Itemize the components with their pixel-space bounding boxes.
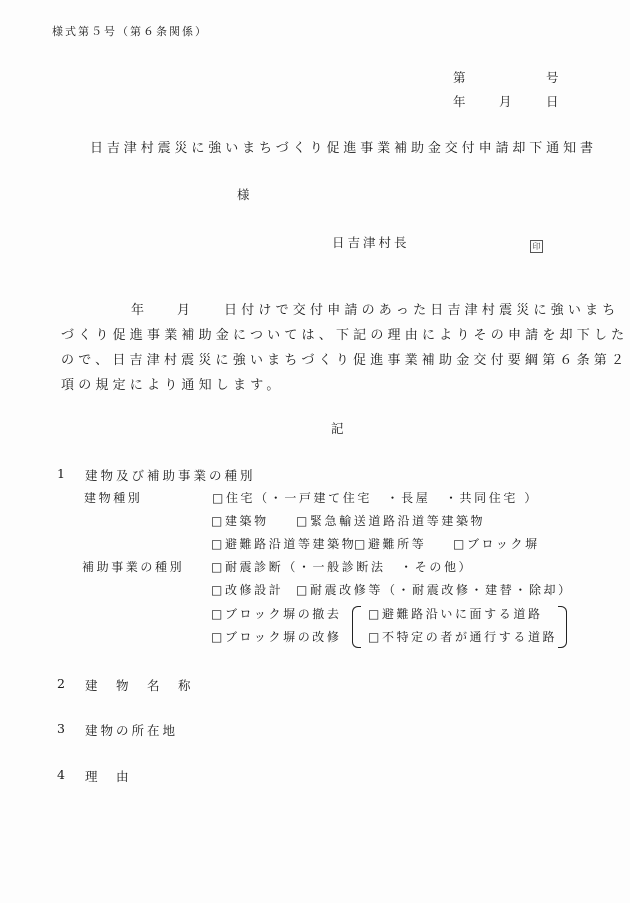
seal-mark: 印 [530,234,543,253]
road-option-evacuation[interactable]: □避難路沿いに面する道路 [368,605,543,622]
doc-number-prefix: 第 [453,68,469,86]
date-month-label: 月 [499,92,515,110]
building-type-option-block-wall[interactable]: □ブロック塀 [453,535,540,552]
project-type-option-block-repair[interactable]: □ブロック塀の改修 [211,628,342,645]
project-type-option-retrofit[interactable]: □耐震改修等（・耐震改修・建替・除却） [296,581,573,598]
road-option-public[interactable]: □不特定の者が通行する道路 [368,628,557,645]
date-day-label: 日 [546,92,562,110]
section-3-label: 建物の所在地 [85,721,178,739]
body-line1-rest: 日付けで交付申請のあった日吉津村震災に強いまち [224,298,619,324]
building-type-option-building[interactable]: □建築物 [211,512,269,529]
ki-heading: 記 [331,419,347,437]
doc-number-suffix: 号 [546,68,562,86]
recipient-suffix: 様 [237,185,253,203]
section-4-number: 4 [57,767,68,782]
project-type-option-block-removal[interactable]: □ブロック塀の撤去 [211,605,342,622]
project-type-option-diagnosis[interactable]: □耐震診断（・一般診断法 ・その他） [211,558,473,575]
building-type-option-shelter[interactable]: □避難所等 [354,535,426,552]
building-type-option-emergency-road[interactable]: □緊急輸送道路沿道等建築物 [296,512,485,529]
section-3-number: 3 [57,721,68,736]
body-line1-month: 月 [177,298,194,324]
body-line4: 項の規定により通知します。 [61,373,284,399]
section-2-number: 2 [57,676,68,691]
seal-icon: 印 [530,240,543,253]
left-bracket [352,606,361,648]
building-type-option-evacuation-road[interactable]: □避難路沿道等建築物 [211,535,356,552]
body-line2: づくり促進事業補助金については、下記の理由によりその申請を却下した [61,323,628,349]
issuer-name: 日吉津村長 [332,233,410,251]
building-type-option-housing[interactable]: □住宅（・一戸建て住宅 ・長屋 ・共同住宅 ） [212,489,539,506]
body-line1-year: 年 [131,298,148,324]
date-year-label: 年 [453,92,469,110]
section-1-label: 建物及び補助事業の種別 [85,466,256,484]
section-1-number: 1 [57,466,68,481]
building-type-label: 建物種別 [84,489,142,506]
right-bracket [558,606,567,648]
body-line3: ので、日吉津村震災に強いまちづくり促進事業補助金交付要綱第６条第２ [61,348,628,374]
project-type-label: 補助事業の種別 [82,558,184,575]
section-4-label: 理 由 [85,767,132,785]
form-label: 様式第５号（第６条関係） [52,23,208,39]
project-type-option-design[interactable]: □改修設計 [211,581,283,598]
section-2-label: 建 物 名 称 [85,676,194,694]
document-title: 日吉津村震災に強いまちづくり促進事業補助金交付申請却下通知書 [90,137,597,156]
